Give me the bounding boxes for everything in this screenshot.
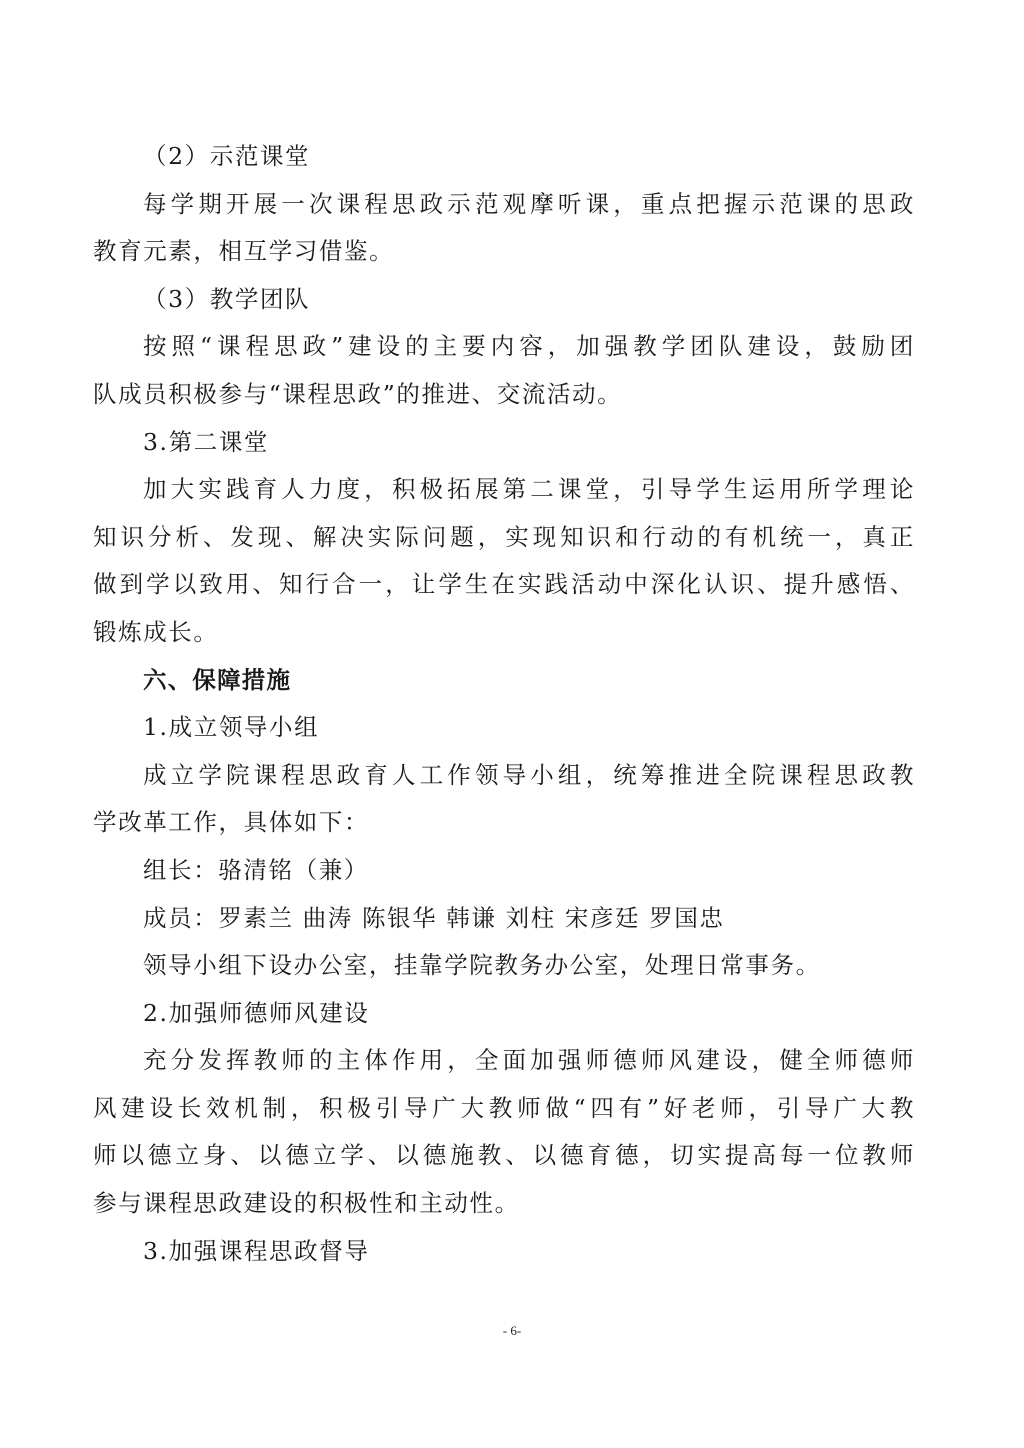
paragraph-line: 参与课程思政建设的积极性和主动性。 xyxy=(93,1180,923,1228)
paragraph-line: 教育元素，相互学习借鉴。 xyxy=(93,228,923,276)
subheading-leading-group: 1.成立领导小组 xyxy=(93,704,923,752)
page-number: - 6- xyxy=(0,1323,1024,1339)
section-heading-safeguards: 六、保障措施 xyxy=(93,657,923,705)
paragraph-line: 做到学以致用、知行合一，让学生在实践活动中深化认识、提升感悟、 xyxy=(93,561,915,609)
paragraph-line: 学改革工作，具体如下： xyxy=(93,799,923,847)
paragraph-line: 队成员积极参与“课程思政”的推进、交流活动。 xyxy=(93,371,923,419)
paragraph-line: 成立学院课程思政育人工作领导小组，统筹推进全院课程思政教 xyxy=(93,752,915,800)
paragraph-line: 知识分析、发现、解决实际问题，实现知识和行动的有机统一，真正 xyxy=(93,514,915,562)
paragraph-line: 锻炼成长。 xyxy=(93,609,923,657)
paragraph-line: 每学期开展一次课程思政示范观摩听课，重点把握示范课的思政 xyxy=(93,181,915,229)
group-members-line: 成员：罗素兰 曲涛 陈银华 韩谦 刘柱 宋彦廷 罗国忠 xyxy=(93,895,923,943)
subheading-second-classroom: 3.第二课堂 xyxy=(93,419,923,467)
paragraph-line: 充分发挥教师的主体作用，全面加强师德师风建设，健全师德师 xyxy=(93,1037,915,1085)
document-body: （2）示范课堂 每学期开展一次课程思政示范观摩听课，重点把握示范课的思政 教育元… xyxy=(93,133,923,1275)
document-page: （2）示范课堂 每学期开展一次课程思政示范观摩听课，重点把握示范课的思政 教育元… xyxy=(0,0,1024,1448)
office-line: 领导小组下设办公室，挂靠学院教务办公室，处理日常事务。 xyxy=(93,942,923,990)
subheading-teacher-ethics: 2.加强师德师风建设 xyxy=(93,990,923,1038)
paragraph-line: 风建设长效机制，积极引导广大教师做“四有”好老师，引导广大教 xyxy=(93,1085,915,1133)
group-leader-line: 组长：骆清铭（兼） xyxy=(93,847,923,895)
subheading-teaching-team: （3）教学团队 xyxy=(93,276,923,324)
subheading-demo-class: （2）示范课堂 xyxy=(93,133,923,181)
subheading-supervision: 3.加强课程思政督导 xyxy=(93,1228,923,1276)
paragraph-line: 按照“课程思政”建设的主要内容，加强教学团队建设，鼓励团 xyxy=(93,323,915,371)
paragraph-line: 师以德立身、以德立学、以德施教、以德育德，切实提高每一位教师 xyxy=(93,1132,915,1180)
paragraph-line: 加大实践育人力度，积极拓展第二课堂，引导学生运用所学理论 xyxy=(93,466,915,514)
